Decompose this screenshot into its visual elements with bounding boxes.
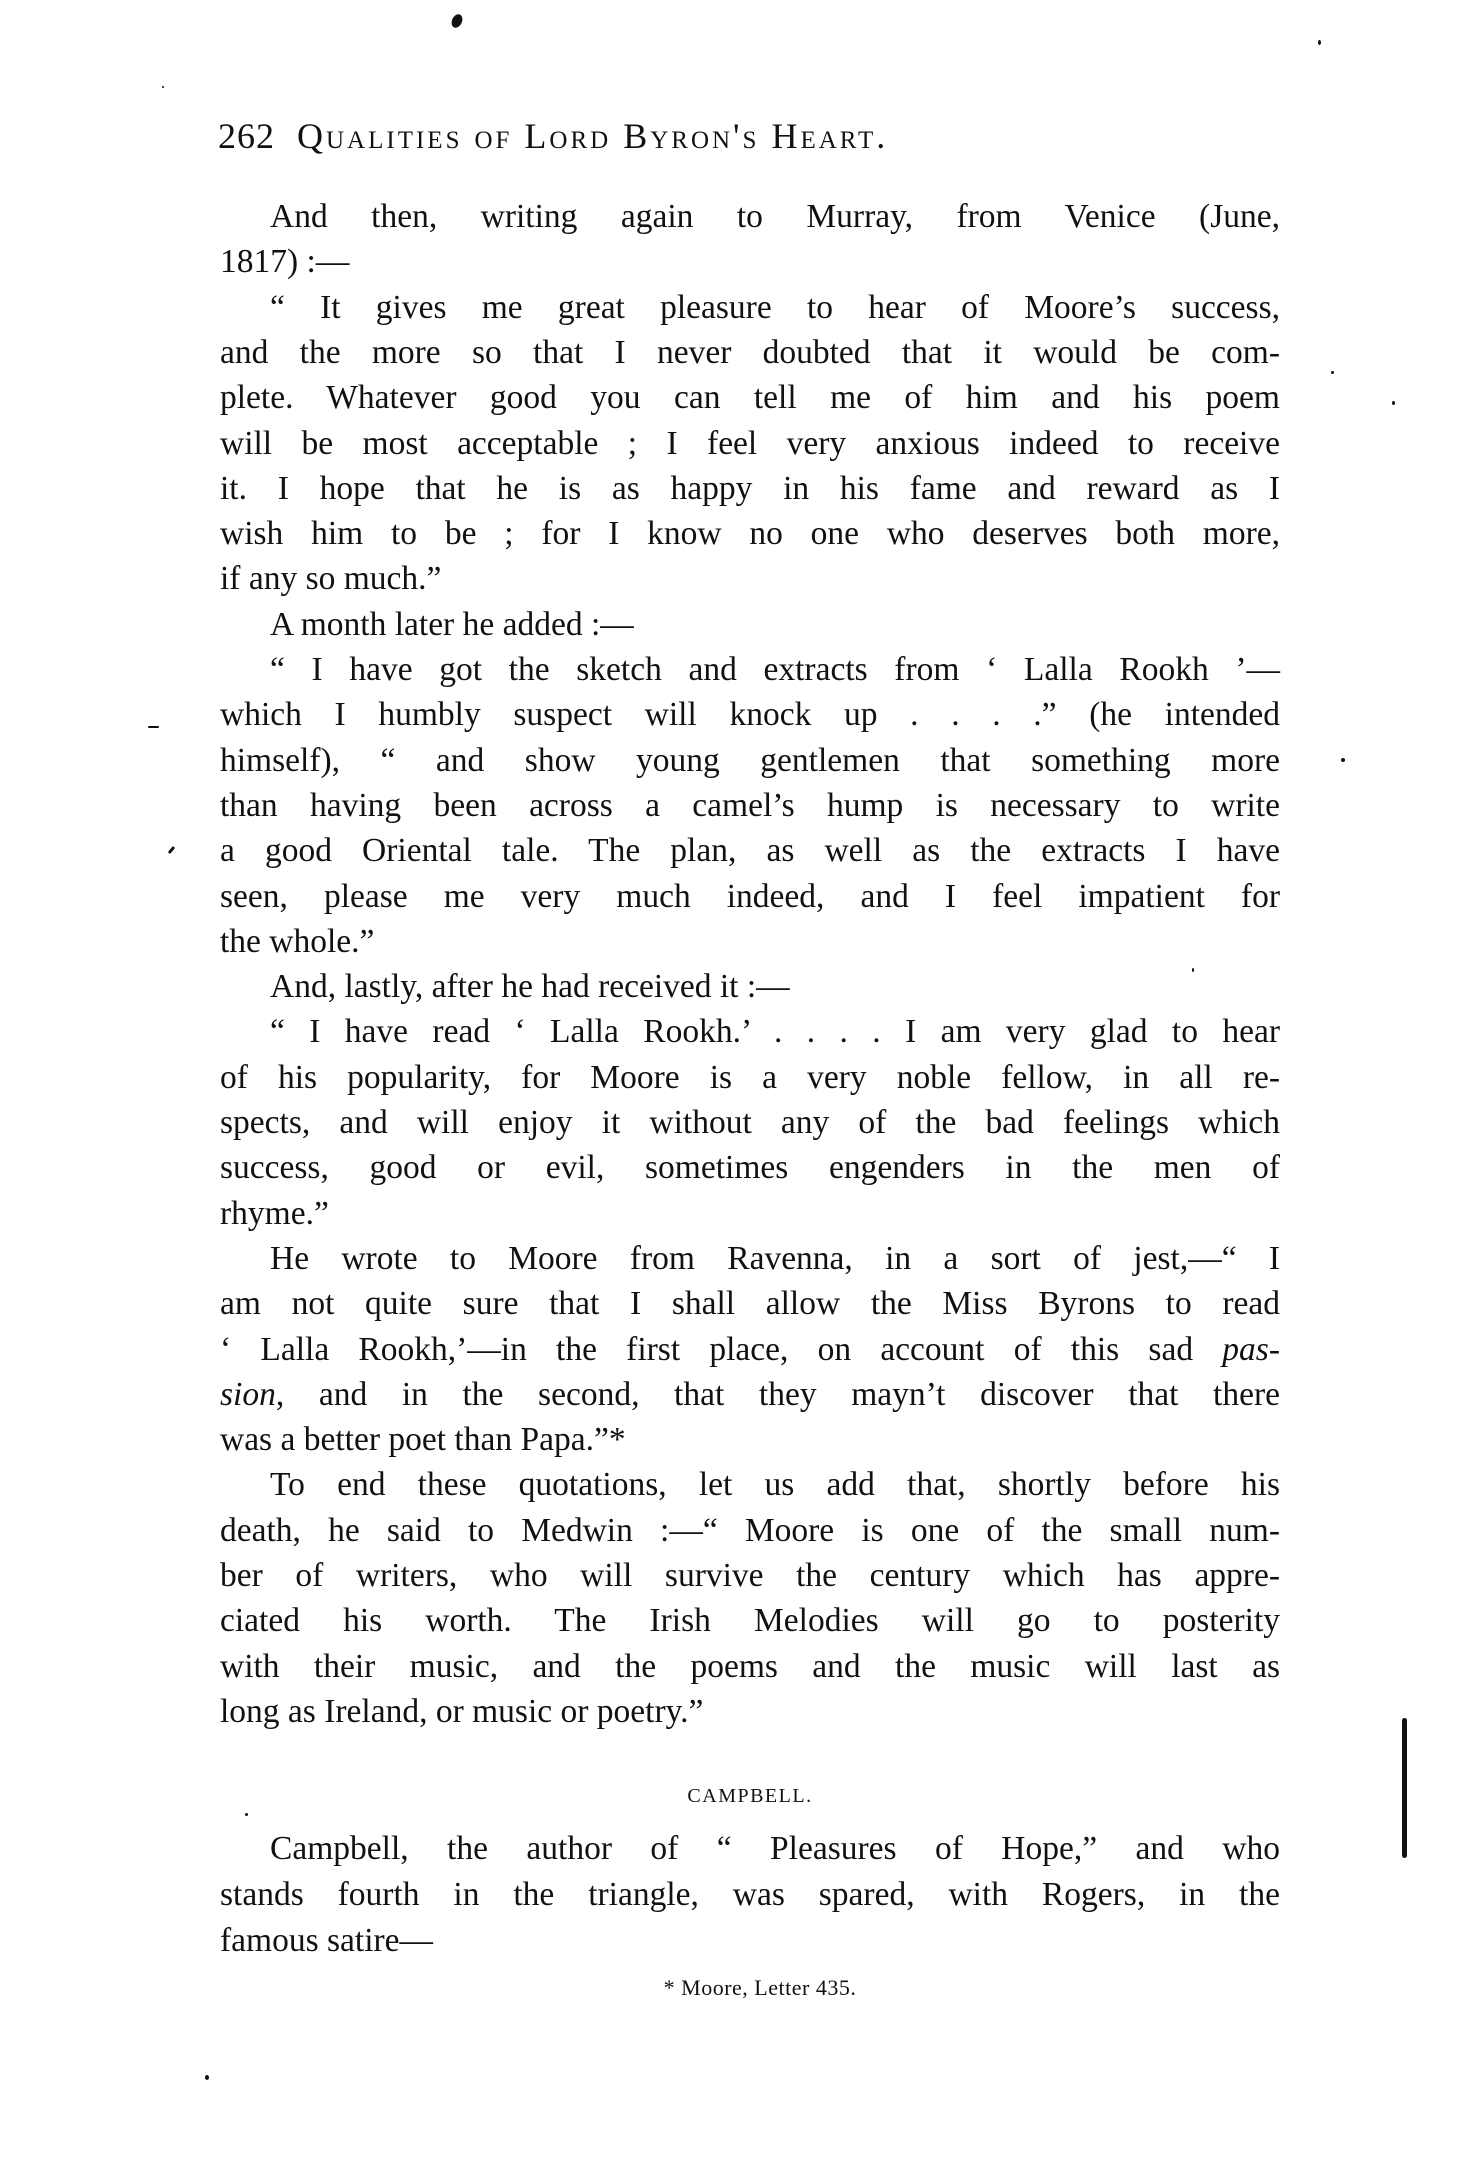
text-line: it. I hope that he is as happy in his fa…: [220, 466, 1280, 512]
text-line: A month later he added :—: [270, 602, 1280, 648]
ink-speck: [245, 1813, 248, 1816]
text-line: of his popularity, for Moore is a very n…: [220, 1055, 1280, 1101]
text-line: stands fourth in the triangle, was spare…: [220, 1872, 1280, 1918]
ink-blot: [450, 13, 465, 30]
text-line: which I humbly suspect will knock up . .…: [220, 692, 1280, 738]
running-head: 262Qualities of Lord Byron's Heart.: [218, 112, 1288, 160]
text-line: ‘ Lalla Rookh,’—in the first place, on a…: [220, 1327, 1280, 1373]
running-title: Qualities of Lord Byron's Heart.: [297, 116, 888, 156]
text-line: ber of writers, who will survive the cen…: [220, 1553, 1280, 1599]
text-line: seen, please me very much indeed, and I …: [220, 874, 1280, 920]
ink-speck: [162, 86, 164, 88]
text-line: long as Ireland, or music or poetry.”: [220, 1689, 1280, 1735]
text-line: “ I have read ‘ Lalla Rookh.’ . . . . I …: [270, 1009, 1280, 1055]
page-number: 262: [218, 112, 275, 160]
line-text: ‘ Lalla Rookh,’—in the first place, on a…: [220, 1331, 1222, 1368]
italic-word: sion: [220, 1376, 276, 1413]
text-line: And, lastly, after he had received it :—: [270, 964, 1280, 1010]
text-line: And then, writing again to Murray, from …: [270, 194, 1280, 240]
text-line: He wrote to Moore from Ravenna, in a sor…: [270, 1236, 1280, 1282]
ink-speck: [205, 2075, 209, 2080]
text-line: plete. Whatever good you can tell me of …: [220, 375, 1280, 421]
ink-speck: [1192, 968, 1194, 972]
ink-speck: [1331, 371, 1334, 374]
text-line: himself), “ and show young gentlemen tha…: [220, 738, 1280, 784]
text-line: success, good or evil, sometimes engende…: [220, 1145, 1280, 1191]
section-heading: CAMPBELL.: [220, 1780, 1280, 1812]
text-line: ciated his worth. The Irish Melodies wil…: [220, 1598, 1280, 1644]
text-line: will be most acceptable ; I feel very an…: [220, 421, 1280, 467]
line-text: , and in the second, that they mayn’t di…: [276, 1376, 1280, 1413]
text-line: the whole.”: [220, 919, 1280, 965]
text-line: wish him to be ; for I know no one who d…: [220, 511, 1280, 557]
text-line: “ I have got the sketch and extracts fro…: [270, 647, 1280, 693]
text-line: than having been across a camel’s hump i…: [220, 783, 1280, 829]
ink-speck: [1341, 758, 1345, 762]
text-line: with their music, and the poems and the …: [220, 1644, 1280, 1690]
text-line: To end these quotations, let us add that…: [270, 1462, 1280, 1508]
text-line: 1817) :—: [220, 239, 1280, 285]
italic-word: pas-: [1222, 1331, 1280, 1368]
text-line: if any so much.”: [220, 556, 1280, 602]
text-line: death, he said to Medwin :—“ Moore is on…: [220, 1508, 1280, 1554]
text-line: a good Oriental tale. The plan, as well …: [220, 828, 1280, 874]
margin-bar: [1402, 1718, 1407, 1858]
text-line: Campbell, the author of “ Pleasures of H…: [270, 1826, 1280, 1872]
text-line: famous satire—: [220, 1918, 1280, 1964]
text-line: am not quite sure that I shall allow the…: [220, 1281, 1280, 1327]
text-line: sion, and in the second, that they mayn’…: [220, 1372, 1280, 1418]
book-page: 262Qualities of Lord Byron's Heart. And …: [0, 0, 1464, 2158]
text-line: spects, and will enjoy it without any of…: [220, 1100, 1280, 1146]
text-line: “ It gives me great pleasure to hear of …: [270, 285, 1280, 331]
ink-speck: [1318, 40, 1321, 45]
text-line: was a better poet than Papa.”*: [220, 1417, 1280, 1463]
ink-speck: [1392, 401, 1395, 405]
text-line: and the more so that I never doubted tha…: [220, 330, 1280, 376]
text-line: rhyme.”: [220, 1191, 1280, 1237]
margin-tick: [168, 846, 175, 854]
footnote: * Moore, Letter 435.: [220, 1972, 1280, 2004]
margin-dash: [148, 726, 159, 728]
